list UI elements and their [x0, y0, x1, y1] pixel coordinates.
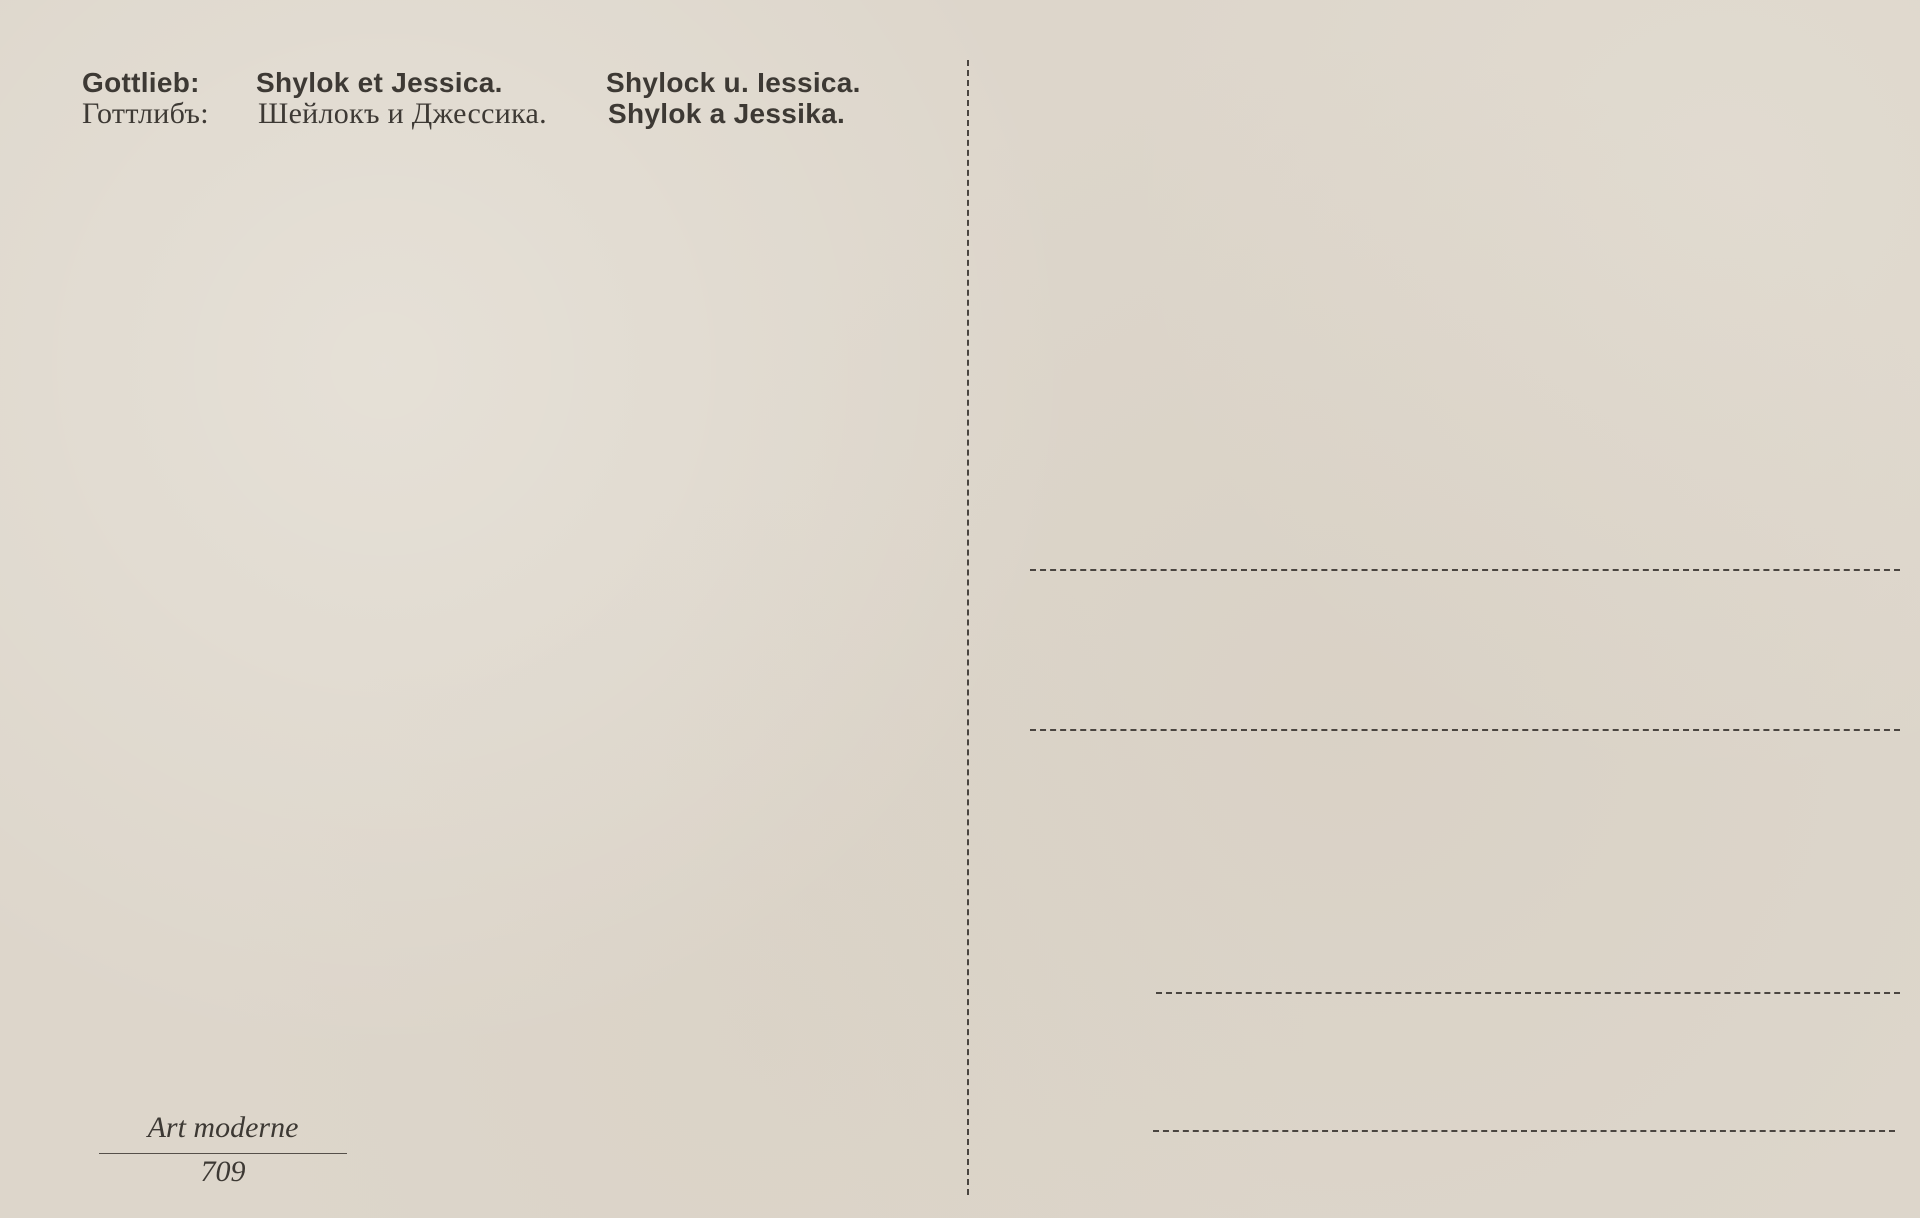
publisher-rule	[99, 1153, 347, 1154]
publisher-number: 709	[99, 1156, 347, 1188]
vertical-divider	[967, 60, 969, 1195]
caption-artist-latin: Gottlieb:	[82, 68, 200, 98]
address-line-3	[1156, 992, 1900, 994]
address-line-2	[1030, 729, 1900, 731]
caption-title-russian: Шейлокъ и Джессика.	[258, 99, 547, 129]
address-line-4	[1153, 1130, 1895, 1132]
caption-title-french: Shylok et Jessica.	[256, 68, 503, 98]
address-line-1	[1030, 569, 1900, 571]
caption-title-german: Shylock u. Iessica.	[606, 68, 861, 98]
caption-artist-cyrillic: Готтлибъ:	[82, 99, 209, 129]
publisher-name: Art moderne	[99, 1112, 347, 1144]
postcard-back: Gottlieb: Shylok et Jessica. Shylock u. …	[0, 0, 1920, 1218]
caption-title-czech: Shylok a Jessika.	[608, 99, 845, 129]
